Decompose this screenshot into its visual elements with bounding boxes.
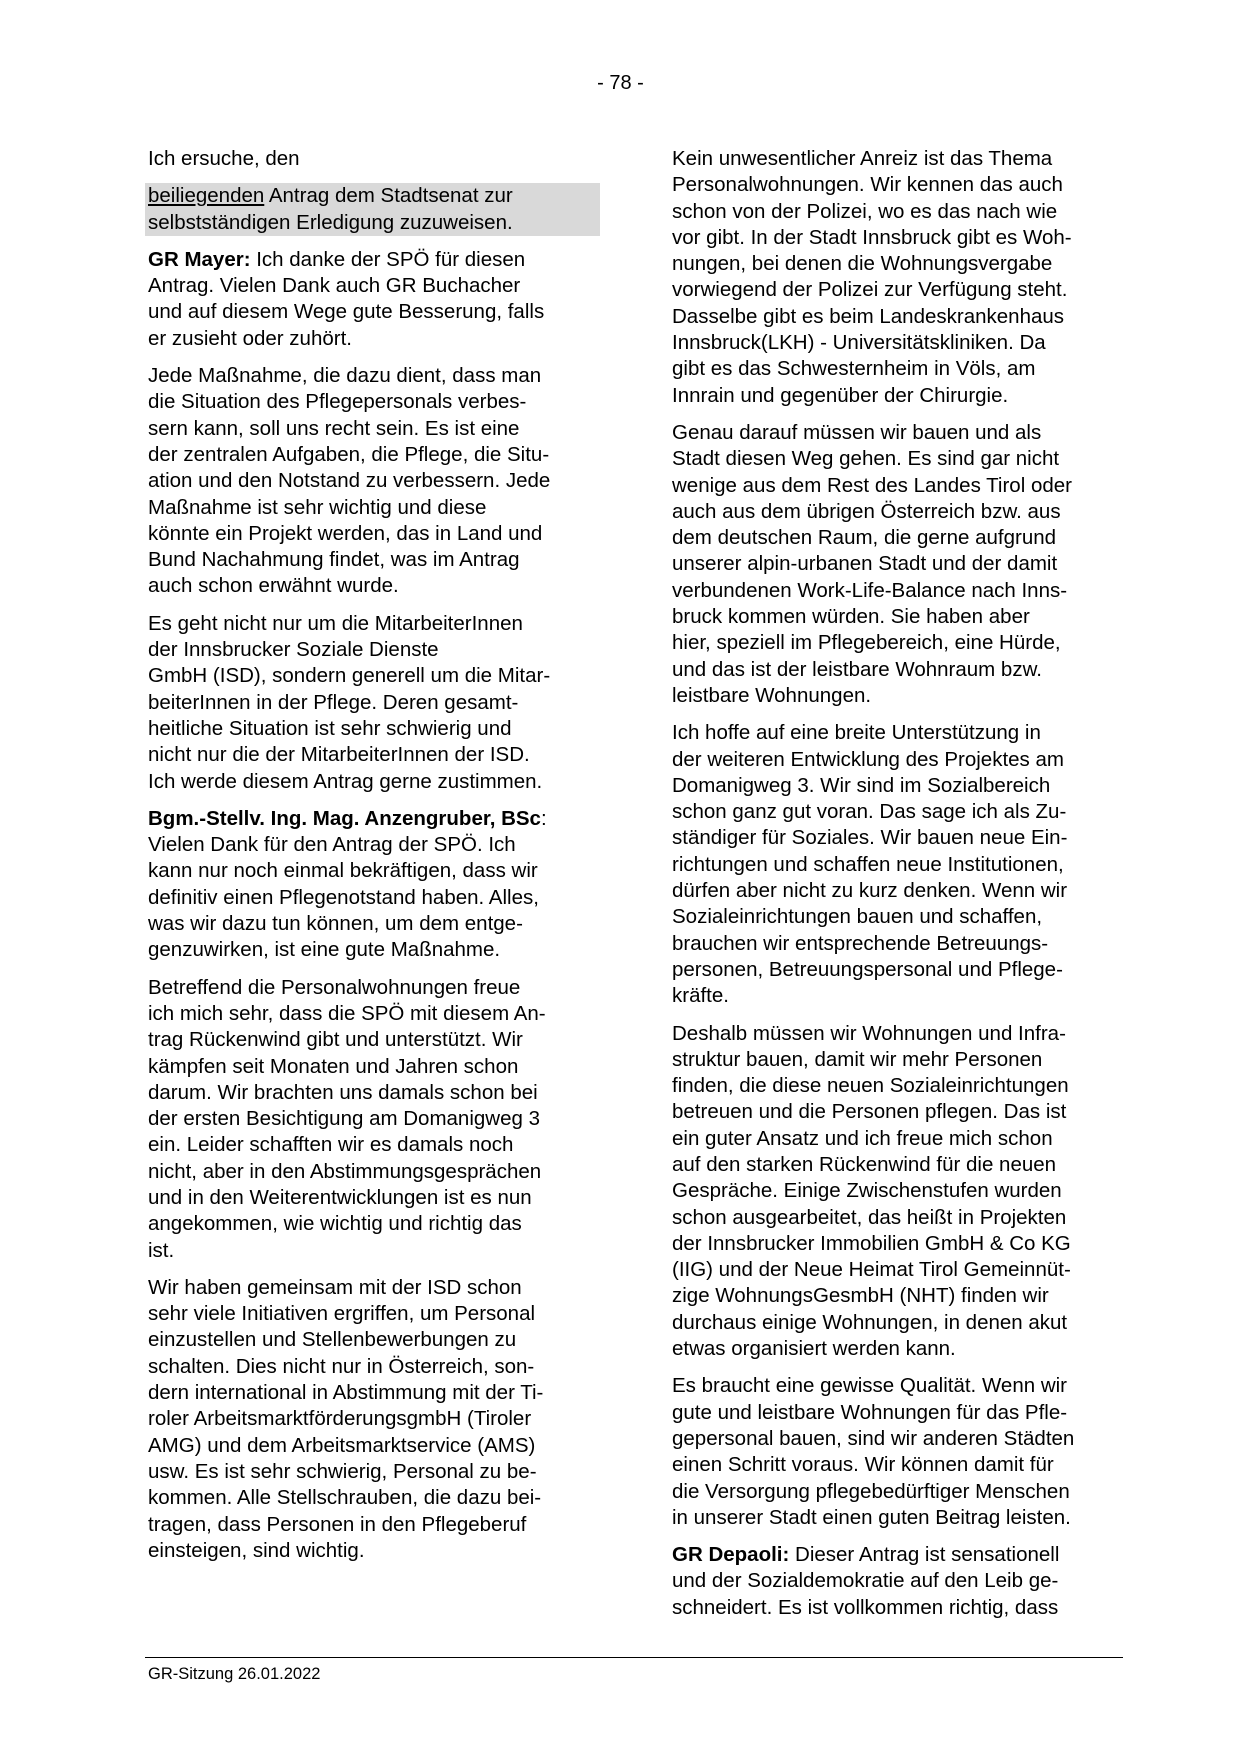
speech-text: Vielen Dank für den Antrag der SPÖ. Ich … [148,833,539,961]
paragraph-text: Genau darauf müssen wir bauen und als St… [672,420,1127,709]
paragraph-text: Jede Maßnahme, die dazu dient, dass man … [148,363,603,600]
highlighted-motion-text: beiliegenden Antrag dem Stadtsenat zur s… [145,183,600,236]
paragraph-request-intro: Ich ersuche, den [148,146,603,172]
paragraph-text: Kein unwesentlicher Anreiz ist das Thema… [672,146,1127,409]
underlined-word: beiliegenden [148,184,264,207]
paragraph-text: Deshalb müssen wir Wohnungen und Infra- … [672,1021,1127,1363]
right-column: Kein unwesentlicher Anreiz ist das Thema… [672,146,1127,1632]
page-number: - 78 - [0,70,1241,96]
paragraph-text: Betreffend die Personalwohnungen freue i… [148,975,603,1264]
speaker-name: Bgm.-Stellv. Ing. Mag. Anzengruber, BSc [148,807,541,830]
paragraph-text: Es braucht eine gewisse Qualität. Wenn w… [672,1373,1127,1531]
speaker-colon: : [541,807,547,830]
speaker-name: GR Depaoli: [672,1543,789,1566]
paragraph-text: Es geht nicht nur um die MitarbeiterInne… [148,611,603,795]
paragraph-gr-mayer: GR Mayer: Ich danke der SPÖ für diesen A… [148,247,603,352]
paragraph-text: Wir haben gemeinsam mit der ISD schon se… [148,1275,603,1564]
paragraph-anzengruber: Bgm.-Stellv. Ing. Mag. Anzengruber, BSc:… [148,806,603,964]
speaker-name: GR Mayer: [148,248,251,271]
footer-session-label: GR-Sitzung 26.01.2022 [148,1663,320,1685]
footer-divider [145,1657,1123,1658]
paragraph-gr-depaoli: GR Depaoli: Dieser Antrag ist sensatione… [672,1542,1127,1621]
left-column: Ich ersuche, den beiliegenden Antrag dem… [148,146,603,1575]
paragraph-text: Ich hoffe auf eine breite Unterstützung … [672,720,1127,1009]
